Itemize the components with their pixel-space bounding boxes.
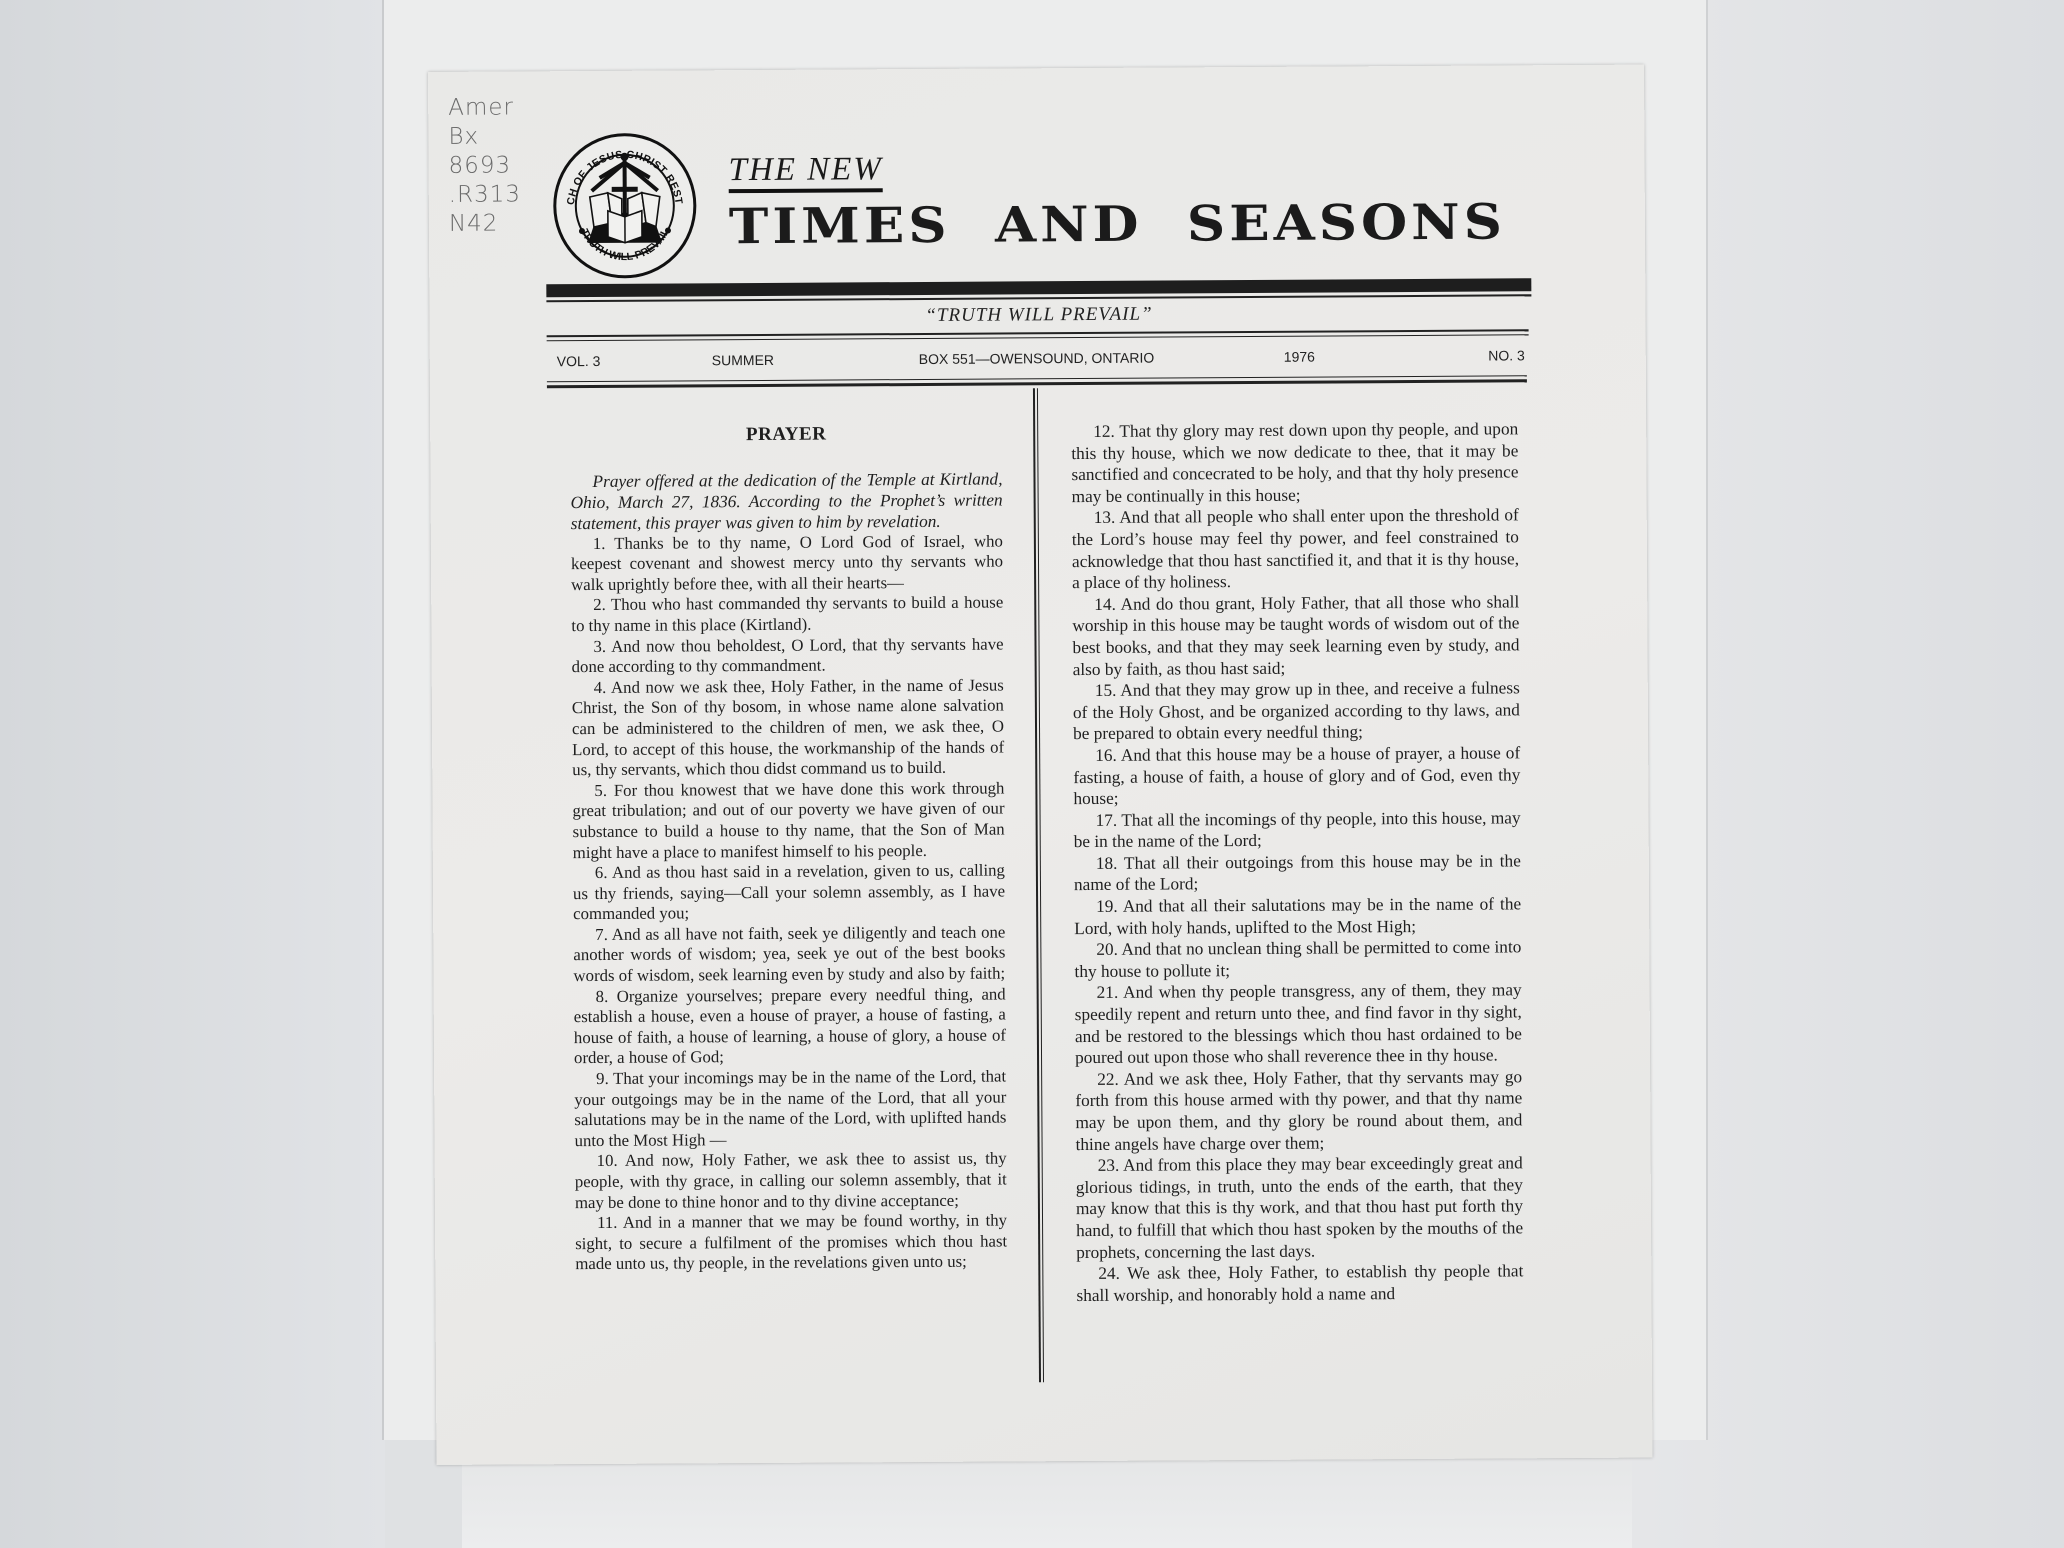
verse-paragraph: 11. And in a manner that we may be found… [575, 1211, 1007, 1275]
handnote-line: Bx [448, 122, 520, 151]
verse-paragraph: 5. For thou knowest that we have done th… [572, 778, 1004, 863]
handnote-line: .R313 [449, 180, 521, 209]
handnote-line: N42 [449, 209, 521, 238]
masthead-prefix: THE NEW [728, 151, 882, 193]
address-label: BOX 551—OWENSOUND, ONTARIO [919, 350, 1155, 367]
left-paragraphs: 1. Thanks be to thy name, O Lord God of … [571, 531, 1008, 1275]
volume-label: VOL. 3 [557, 353, 601, 369]
article-left-column: PRAYER Prayer offered at the dedication … [570, 423, 1007, 1275]
verse-paragraph: 13. And that all people who shall enter … [1072, 505, 1520, 594]
verse-paragraph: 4. And now we ask thee, Holy Father, in … [572, 675, 1005, 781]
motto: “TRUTH WILL PREVAIL” [546, 301, 1531, 329]
season-label: SUMMER [712, 352, 774, 368]
issue-info-row: VOL. 3 SUMMER BOX 551—OWENSOUND, ONTARIO… [557, 347, 1525, 377]
verse-paragraph: 9. That your incomings may be in the nam… [574, 1067, 1006, 1152]
column-divider [1033, 388, 1044, 1382]
article-title: PRAYER [570, 423, 1002, 446]
verse-paragraph: 18. That all their outgoings from this h… [1074, 850, 1521, 896]
verse-paragraph: 21. And when thy people transgress, any … [1075, 980, 1523, 1069]
verse-paragraph: 24. We ask thee, Holy Father, to establi… [1076, 1260, 1523, 1306]
verse-paragraph: 10. And now, Holy Father, we ask thee to… [575, 1149, 1007, 1213]
verse-paragraph: 19. And that all their salutations may b… [1074, 893, 1521, 939]
verse-paragraph: 8. Organize yourselves; prepare every ne… [574, 984, 1006, 1069]
right-paragraphs: 12. That thy glory may rest down upon th… [1071, 418, 1523, 1306]
verse-paragraph: 6. And as thou hast said in a revelation… [573, 861, 1005, 925]
newsletter-page: Amer Bx 8693 .R313 N42 CHURCH OF JESUS C… [428, 65, 1652, 1465]
handnote-line: 8693 [448, 151, 520, 180]
verse-paragraph: 1. Thanks be to thy name, O Lord God of … [571, 531, 1003, 595]
handwritten-call-number: Amer Bx 8693 .R313 N42 [448, 93, 521, 238]
article-intro: Prayer offered at the dedication of the … [570, 468, 1002, 534]
verse-paragraph: 14. And do thou grant, Holy Father, that… [1072, 591, 1520, 680]
article-right-column: 12. That thy glory may rest down upon th… [1071, 418, 1523, 1306]
verse-paragraph: 17. That all the incomings of thy people… [1074, 807, 1521, 853]
verse-paragraph: 7. And as all have not faith, seek ye di… [573, 922, 1005, 986]
verse-paragraph: 12. That thy glory may rest down upon th… [1071, 418, 1519, 507]
year-label: 1976 [1284, 349, 1315, 365]
handnote-line: Amer [448, 93, 520, 122]
verse-paragraph: 22. And we ask thee, Holy Father, that t… [1075, 1066, 1523, 1155]
verse-paragraph: 20. And that no unclean thing shall be p… [1074, 937, 1521, 983]
verse-paragraph: 2. Thou who hast commanded thy servants … [571, 593, 1003, 637]
masthead-title: TIMES AND SEASONS [729, 193, 1506, 255]
left-shelf-wall [0, 0, 385, 1548]
issue-number-label: NO. 3 [1488, 347, 1525, 363]
verse-paragraph: 3. And now thou beholdest, O Lord, that … [571, 634, 1003, 678]
verse-paragraph: 23. And from this place they may bear ex… [1076, 1153, 1524, 1264]
verse-paragraph: 15. And that they may grow up in thee, a… [1073, 677, 1520, 745]
church-seal-logo-icon: CHURCH OF JESUS CHRIST RESTORED TRUTH WI… [551, 132, 698, 279]
verse-paragraph: 16. And that this house may be a house o… [1073, 742, 1520, 810]
